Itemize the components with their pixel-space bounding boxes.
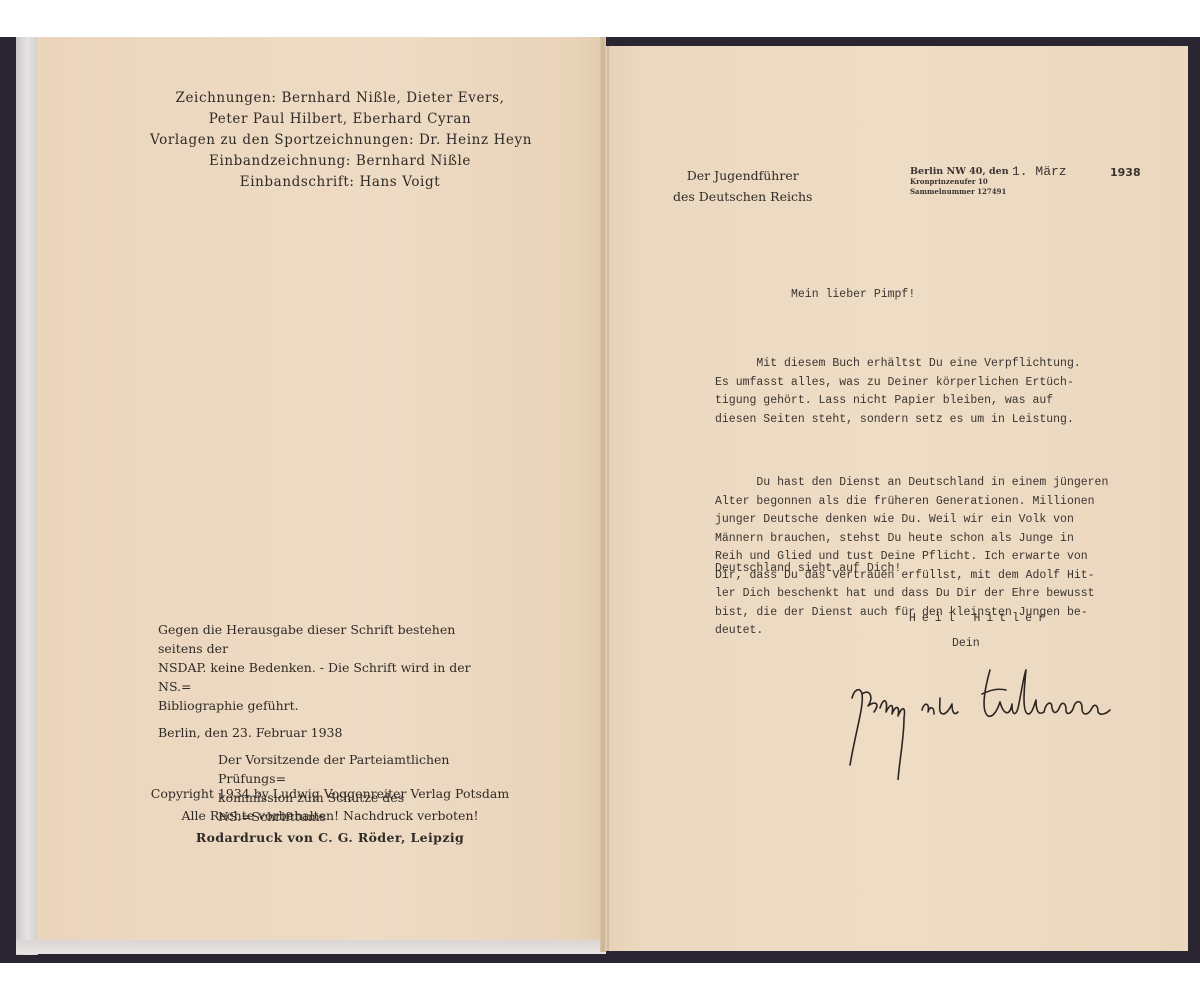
closing-line: Deutschland sieht auf Dich! <box>715 562 901 575</box>
phone-line: Sammelnummer 127491 <box>910 187 1009 197</box>
text-line: deutet. <box>715 624 763 637</box>
address-line: Kronprinzenufer 10 <box>910 177 1009 187</box>
illustration-credits: Zeichnungen: Bernhard Nißle, Dieter Ever… <box>150 88 530 193</box>
credit-line: Einbandschrift: Hans Voigt <box>150 172 530 193</box>
text-line: diesen Seiten steht, sondern setz es um … <box>715 413 1074 426</box>
letter-date: 1. März <box>1012 164 1067 179</box>
org-line: des Deutschen Reichs <box>673 186 812 207</box>
clearance-line: NSDAP. keine Bedenken. - Die Schrift wir… <box>158 658 503 696</box>
credit-line: Vorlagen zu den Sportzeichnungen: Dr. He… <box>150 130 530 151</box>
text-line: junger Deutsche denken wie Du. Weil wir … <box>715 513 1074 526</box>
org-line: Der Jugendführer <box>673 165 812 186</box>
text-line: Es umfasst alles, was zu Deiner körperli… <box>715 376 1074 389</box>
handwritten-signature <box>840 660 1130 780</box>
clearance-text: Gegen die Herausgabe dieser Schrift best… <box>158 620 503 715</box>
text-line: Du hast den Dienst an Deutschland in ein… <box>715 476 1108 489</box>
salutation: Mein lieber Pimpf! <box>791 288 915 301</box>
valediction-dein: Dein <box>952 637 980 650</box>
cover-board-edge <box>16 37 38 955</box>
credit-line: Peter Paul Hilbert, Eberhard Cyran <box>150 109 530 130</box>
cover-board-bottom-edge <box>16 940 606 954</box>
valediction: Heil Hitler <box>909 612 1051 625</box>
copyright-notice: Copyright 1934 by Ludwig Voggenreiter Ve… <box>150 783 510 849</box>
letterhead-address: Berlin NW 40, den Kronprinzenufer 10 Sam… <box>910 166 1009 197</box>
text-line: ler Dich beschenkt hat und dass Du Dir d… <box>715 587 1095 600</box>
text-line: Mit diesem Buch erhältst Du eine Verpfli… <box>715 357 1081 370</box>
letter-year: 1938 <box>1110 166 1141 179</box>
credit-line: Einbandzeichnung: Bernhard Nißle <box>150 151 530 172</box>
clearance-dateline: Berlin, den 23. Februar 1938 <box>158 723 503 742</box>
copyright-line: Copyright 1934 by Ludwig Voggenreiter Ve… <box>150 783 510 805</box>
letterhead-organization: Der Jugendführer des Deutschen Reichs <box>673 165 812 207</box>
book-gutter <box>600 37 606 952</box>
clearance-line: Gegen die Herausgabe dieser Schrift best… <box>158 620 503 658</box>
paragraph: Mit diesem Buch erhältst Du eine Verpfli… <box>715 355 1145 429</box>
credit-line: Zeichnungen: Bernhard Nißle, Dieter Ever… <box>150 88 530 109</box>
text-line: tigung gehört. Lass nicht Papier bleiben… <box>715 394 1053 407</box>
text-line: Alter begonnen als die früheren Generati… <box>715 495 1095 508</box>
text-line: Männern brauchen, stehst Du heute schon … <box>715 532 1074 545</box>
address-line: Berlin NW 40, den <box>910 166 1009 177</box>
gutter-fold-line <box>607 46 609 951</box>
rights-line: Alle Rechte vorbehalten! Nachdruck verbo… <box>150 805 510 827</box>
printer-line: Rodardruck von C. G. Röder, Leipzig <box>150 827 510 849</box>
clearance-line: Bibliographie geführt. <box>158 696 503 715</box>
